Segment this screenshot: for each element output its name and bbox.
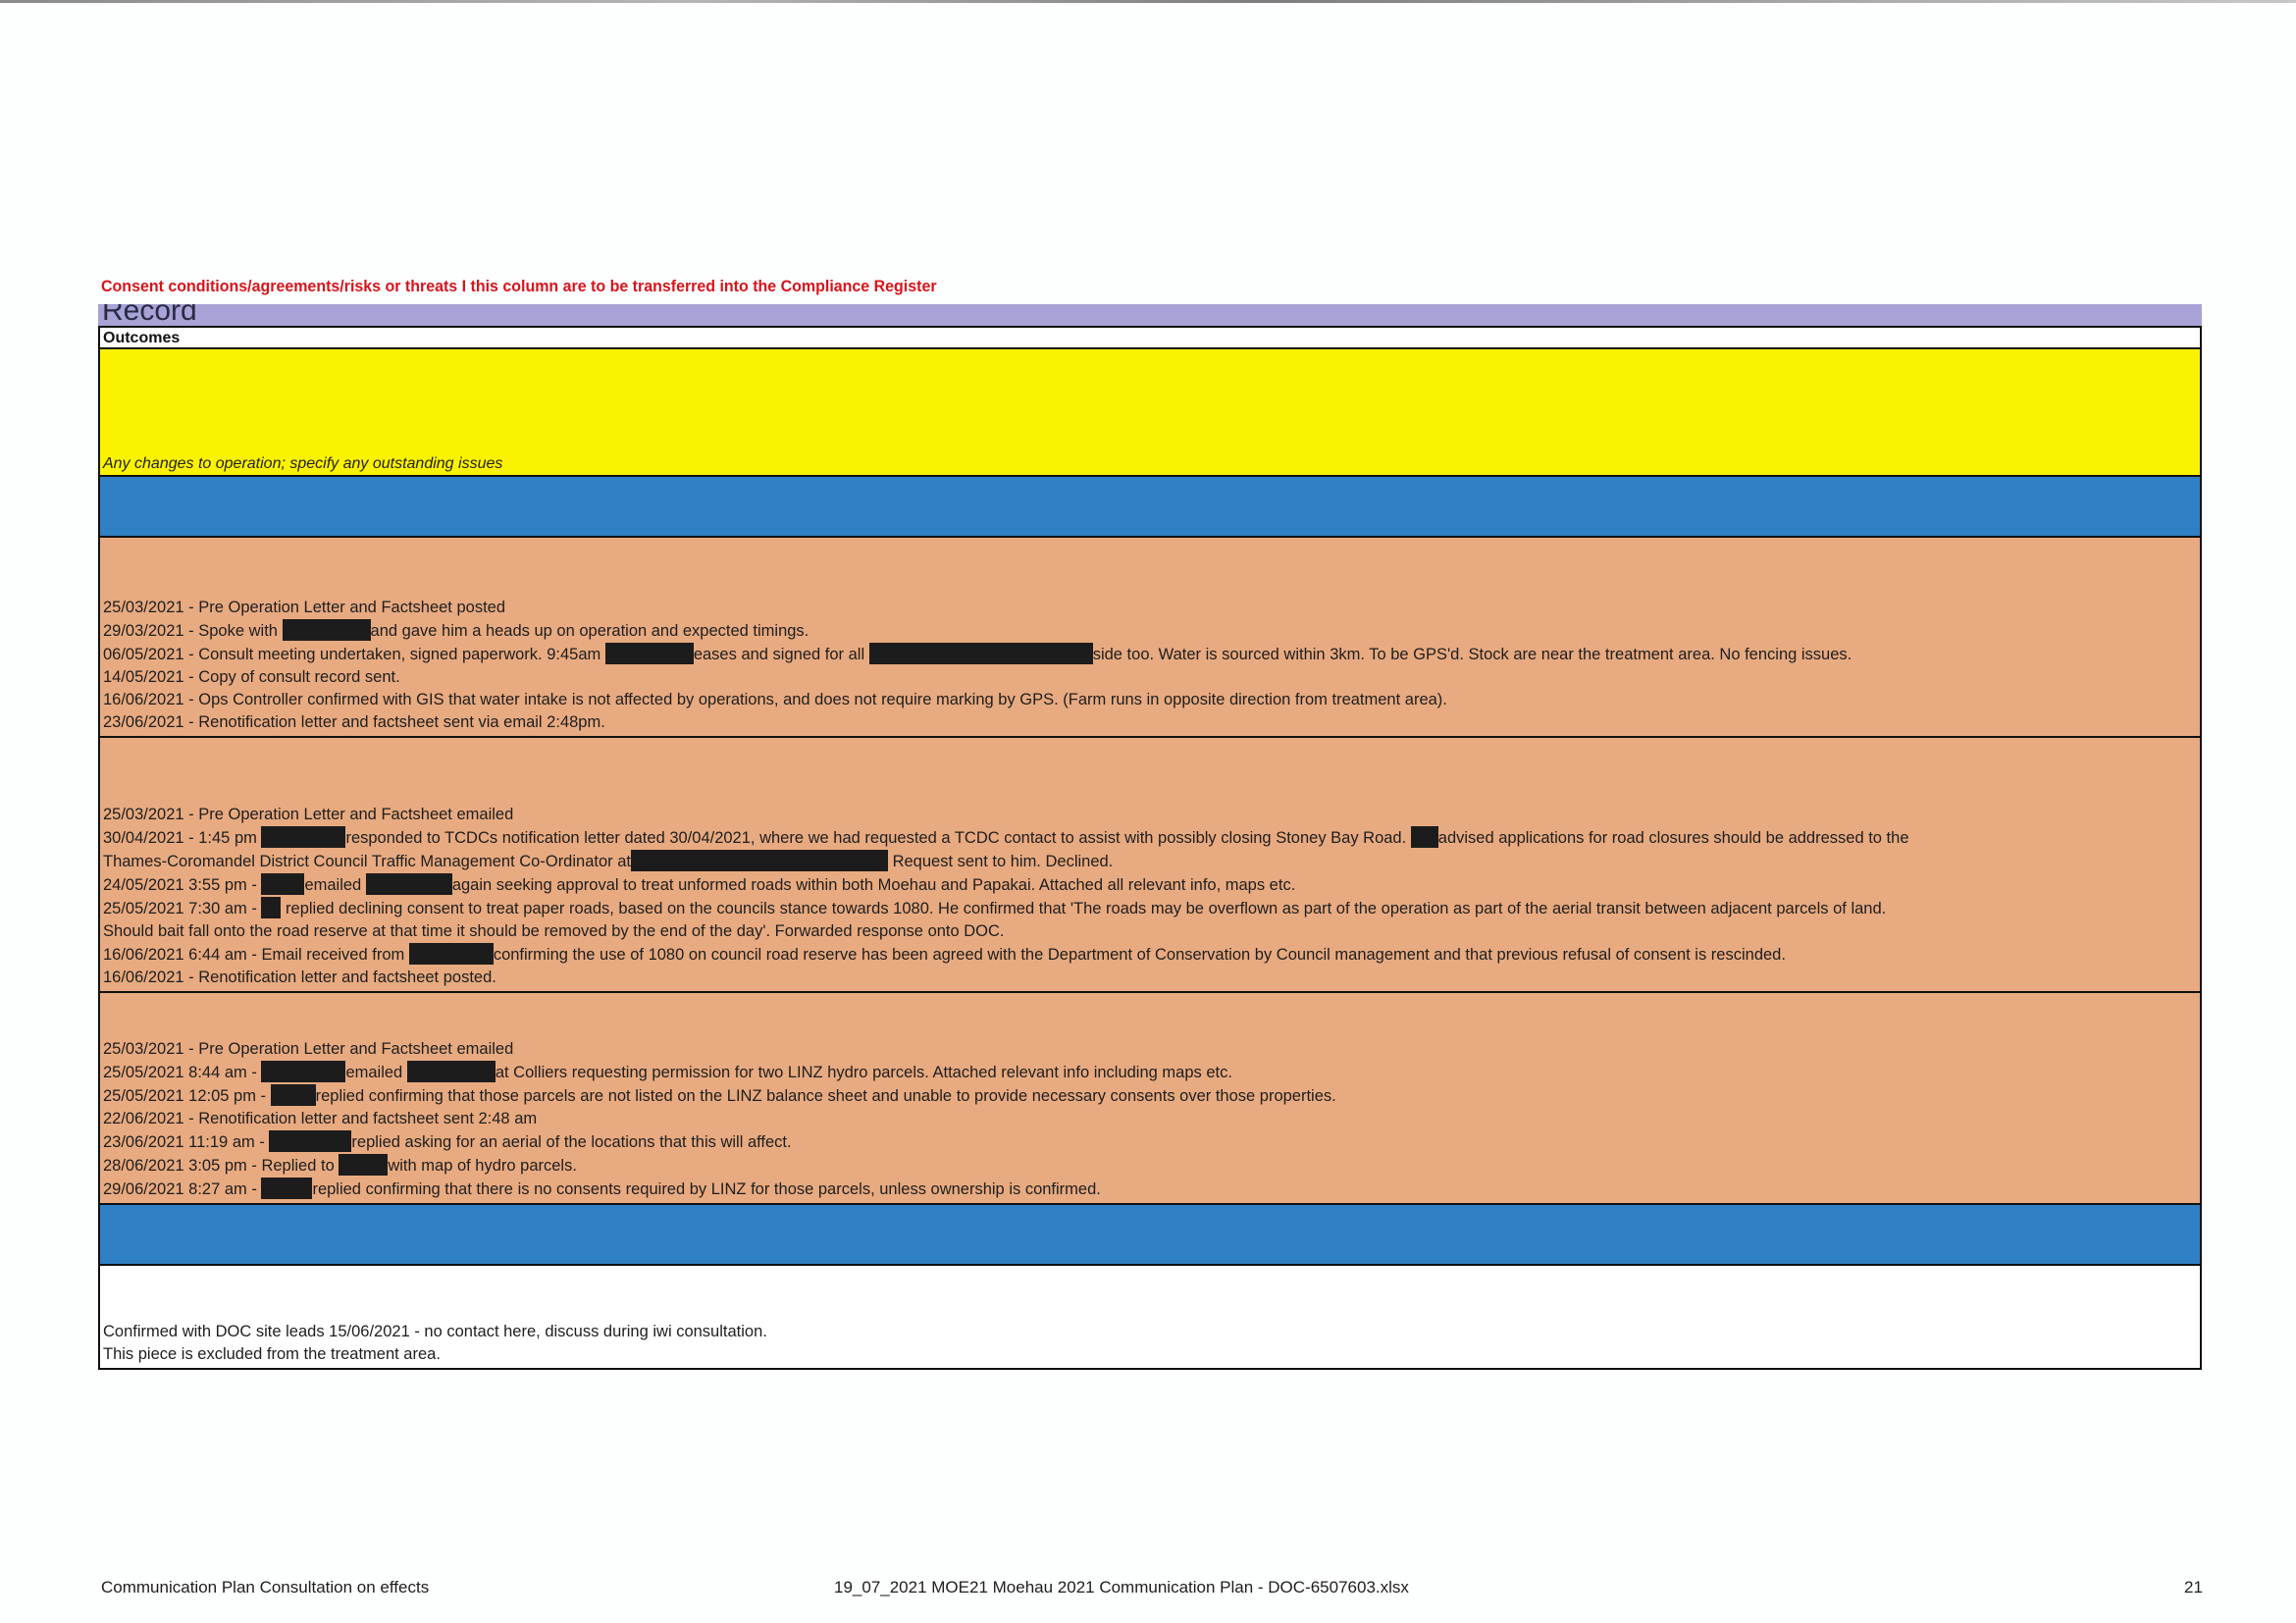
record-line: 23/06/2021 11:19 am - replied asking for… (103, 1130, 2196, 1154)
record-heading-bar: Record (98, 304, 2202, 326)
redaction-block (261, 873, 304, 895)
record-line: 16/06/2021 6:44 am - Email received from… (103, 943, 2196, 967)
redaction-block (261, 1178, 312, 1199)
record-line: 23/06/2021 - Renotification letter and f… (103, 711, 2196, 734)
record-line: Should bait fall onto the road reserve a… (103, 920, 2196, 943)
record-line: Thames-Coromandel District Council Traff… (103, 850, 2196, 873)
footer-sheet-name: Communication Plan Consultation on effec… (101, 1578, 429, 1597)
record-line: 22/06/2021 - Renotification letter and f… (103, 1108, 2196, 1130)
outcomes-header-row: Outcomes (100, 328, 2200, 349)
record-line: 25/05/2021 8:44 am - emailed at Colliers… (103, 1061, 2196, 1084)
record-entry-group-1: 25/03/2021 - Pre Operation Letter and Fa… (100, 538, 2200, 738)
blue-separator-row (100, 1205, 2200, 1266)
record-line: 25/05/2021 7:30 am - replied declining c… (103, 897, 2196, 920)
record-line: 16/06/2021 - Ops Controller confirmed wi… (103, 689, 2196, 711)
record-entry-group-2: 25/03/2021 - Pre Operation Letter and Fa… (100, 738, 2200, 993)
redaction-block (1411, 826, 1438, 848)
record-line: 25/05/2021 12:05 pm - replied confirming… (103, 1084, 2196, 1108)
record-line: 30/04/2021 - 1:45 pm responded to TCDCs … (103, 826, 2196, 850)
redaction-block (407, 1061, 496, 1082)
blue-separator-row (100, 477, 2200, 538)
instruction-text: Any changes to operation; specify any ou… (103, 455, 502, 473)
redaction-block (283, 619, 371, 641)
instruction-row: Any changes to operation; specify any ou… (100, 349, 2200, 477)
page-number: 21 (2184, 1578, 2203, 1597)
record-line: 29/06/2021 8:27 am - replied confirming … (103, 1178, 2196, 1201)
compliance-note: Consent conditions/agreements/risks or t… (101, 277, 937, 296)
redaction-block (261, 826, 345, 848)
record-sheet: Record Outcomes Any changes to operation… (98, 304, 2202, 1370)
scan-edge (0, 0, 2296, 3)
redaction-block (261, 1061, 345, 1082)
redaction-block (366, 873, 452, 895)
record-line: Confirmed with DOC site leads 15/06/2021… (103, 1321, 2196, 1343)
outcomes-header: Outcomes (103, 330, 180, 347)
record-line: 16/06/2021 - Renotification letter and f… (103, 967, 2196, 989)
record-line: This piece is excluded from the treatmen… (103, 1343, 2196, 1366)
redaction-block (271, 1084, 316, 1106)
record-line: 25/03/2021 - Pre Operation Letter and Fa… (103, 1038, 2196, 1061)
record-line: 24/05/2021 3:55 pm - emailed again seeki… (103, 873, 2196, 897)
record-line: 29/03/2021 - Spoke with and gave him a h… (103, 619, 2196, 643)
record-table: Outcomes Any changes to operation; speci… (98, 326, 2202, 1370)
redaction-block (339, 1154, 388, 1176)
footer-file-name: 19_07_2021 MOE21 Moehau 2021 Communicati… (834, 1578, 1409, 1597)
redaction-block (605, 643, 694, 664)
redaction-block (869, 643, 1093, 664)
record-line: 25/03/2021 - Pre Operation Letter and Fa… (103, 597, 2196, 619)
record-line: 14/05/2021 - Copy of consult record sent… (103, 666, 2196, 689)
record-heading: Record (102, 304, 197, 326)
redaction-block (261, 897, 281, 918)
record-line: 06/05/2021 - Consult meeting undertaken,… (103, 643, 2196, 666)
redaction-block (409, 943, 494, 965)
redaction-block (269, 1130, 351, 1152)
record-line: 28/06/2021 3:05 pm - Replied to with map… (103, 1154, 2196, 1178)
record-entry-group-3: 25/03/2021 - Pre Operation Letter and Fa… (100, 993, 2200, 1205)
record-line: 25/03/2021 - Pre Operation Letter and Fa… (103, 804, 2196, 826)
record-entry-group-4: Confirmed with DOC site leads 15/06/2021… (100, 1266, 2200, 1368)
redaction-block (631, 850, 888, 871)
